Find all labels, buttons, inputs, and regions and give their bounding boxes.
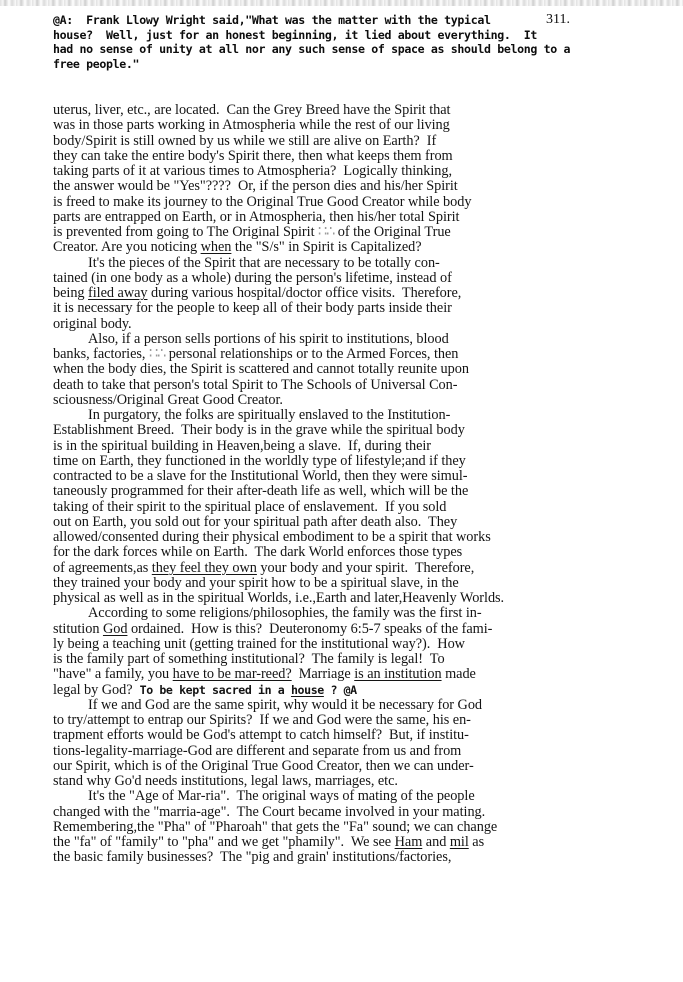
- text-line: In purgatory, the folks are spiritually …: [53, 408, 633, 423]
- text-span: the "fa" of "family" to "pha" and we get…: [53, 834, 395, 850]
- text-line: the basic family businesses? The "pig an…: [53, 850, 633, 865]
- page-number: 311.: [546, 13, 570, 28]
- text-span: as: [469, 834, 484, 850]
- text-line: for the dark forces while on Earth. The …: [53, 545, 633, 560]
- text-line: tions-legality-marriage-God are differen…: [53, 744, 633, 759]
- text-line: physical as well as in the spiritual Wor…: [53, 591, 633, 606]
- text-line: Establishment Breed. Their body is in th…: [53, 423, 633, 438]
- text-line: is freed to make its journey to the Orig…: [53, 195, 633, 210]
- text-span: Creator. Are you noticing: [53, 239, 201, 255]
- paragraph-5: According to some religions/philosophies…: [53, 606, 633, 698]
- text-line: is prevented from going to The Original …: [53, 225, 633, 240]
- text-span: "have" a family, you: [53, 666, 173, 682]
- underlined-text: God: [103, 621, 127, 637]
- text-line: they trained your body and your spirit h…: [53, 576, 633, 591]
- underlined-text: when: [201, 239, 232, 255]
- text-line: taking parts of it at various times to A…: [53, 164, 633, 179]
- text-line: If we and God are the same spirit, why w…: [53, 698, 633, 713]
- text-line: parts are entrapped on Earth, or in Atmo…: [53, 210, 633, 225]
- text-line: the "fa" of "family" to "pha" and we get…: [53, 835, 633, 850]
- text-line: uterus, liver, etc., are located. Can th…: [53, 103, 633, 118]
- text-line: death to take that person's total Spirit…: [53, 378, 633, 393]
- text-line: taneously programmed for their after-dea…: [53, 484, 633, 499]
- text-line: stitution God ordained. How is this? Deu…: [53, 622, 633, 637]
- bold-annotation: To be kept sacred in a: [140, 683, 291, 697]
- text-span: and: [422, 834, 450, 850]
- paragraph-1: uterus, liver, etc., are located. Can th…: [53, 103, 633, 256]
- text-line: Remembering,the "Pha" of "Pharoah" that …: [53, 820, 633, 835]
- text-line: they can take the entire body's Spirit t…: [53, 149, 633, 164]
- text-line: when the body dies, the Spirit is scatte…: [53, 362, 633, 377]
- header-quote: @A: Frank Llowy Wright said,"What was th…: [53, 13, 643, 71]
- underlined-text: have to be mar-reed?: [173, 666, 292, 682]
- text-line: original body.: [53, 317, 633, 332]
- text-line: time on Earth, they functioned in the wo…: [53, 454, 633, 469]
- underlined-text: mil: [450, 834, 469, 850]
- text-line: body/Spirit is still owned by us while w…: [53, 134, 633, 149]
- text-span: your body and your spirit. Therefore,: [257, 560, 474, 576]
- text-line: stand why Go'd needs institutions, legal…: [53, 774, 633, 789]
- text-line: is in the spiritual building in Heaven,b…: [53, 439, 633, 454]
- bold-underlined-annotation: house: [291, 683, 324, 697]
- text-line: to try/attempt to entrap our Spirits? If…: [53, 713, 633, 728]
- text-line: changed with the "marria-age". The Court…: [53, 805, 633, 820]
- text-line: taking of their spirit to the spiritual …: [53, 500, 633, 515]
- text-line: "have" a family, you have to be mar-reed…: [53, 667, 633, 682]
- text-span: of the Original True: [334, 224, 451, 240]
- text-line: allowed/consented during their physical …: [53, 530, 633, 545]
- header-quote-line: @A: Frank Llowy Wright said,"What was th…: [53, 13, 643, 28]
- text-line: our Spirit, which is of the Original Tru…: [53, 759, 633, 774]
- text-span: is prevented from going to The Original …: [53, 224, 318, 240]
- smudge-mark: ∷∴: [318, 225, 334, 240]
- text-span: the "S/s" in Spirit is Capitalized?: [231, 239, 421, 255]
- text-span: during various hospital/doctor office vi…: [148, 285, 462, 301]
- paragraph-4: In purgatory, the folks are spiritually …: [53, 408, 633, 606]
- header-quote-line: house? Well, just for an honest beginnin…: [53, 28, 643, 43]
- header-quote-line: had no sense of unity at all nor any suc…: [53, 42, 643, 57]
- underlined-text: they feel they own: [152, 560, 257, 576]
- paragraph-6: If we and God are the same spirit, why w…: [53, 698, 633, 790]
- text-line: Also, if a person sells portions of his …: [53, 332, 633, 347]
- text-line: sciousness/Original Great Good Creator.: [53, 393, 633, 408]
- paragraph-2: It's the pieces of the Spirit that are n…: [53, 256, 633, 332]
- text-line: was in those parts working in Atmospheri…: [53, 118, 633, 133]
- text-line: According to some religions/philosophies…: [53, 606, 633, 621]
- text-line: It's the pieces of the Spirit that are n…: [53, 256, 633, 271]
- underlined-text: Ham: [395, 834, 423, 850]
- bold-annotation: ? @A: [324, 683, 357, 697]
- text-line: contracted to be a slave for the Institu…: [53, 469, 633, 484]
- underlined-text: is an institution: [354, 666, 441, 682]
- paragraph-7: It's the "Age of Mar-ria". The original …: [53, 789, 633, 865]
- text-line: being filed away during various hospital…: [53, 286, 633, 301]
- text-line: of agreements,as they feel they own your…: [53, 561, 633, 576]
- text-span: of agreements,as: [53, 560, 152, 576]
- underlined-text: filed away: [88, 285, 147, 301]
- smudge-mark: ∷∴: [149, 347, 165, 362]
- text-line: it is necessary for the people to keep a…: [53, 301, 633, 316]
- body-text: uterus, liver, etc., are located. Can th…: [53, 103, 633, 866]
- text-span: stitution: [53, 621, 103, 637]
- paragraph-3: Also, if a person sells portions of his …: [53, 332, 633, 408]
- text-span: made: [442, 666, 476, 682]
- text-line: trapment efforts would be God's attempt …: [53, 728, 633, 743]
- text-span: ordained. How is this? Deuteronomy 6:5-7…: [127, 621, 492, 637]
- text-span: being: [53, 285, 88, 301]
- header-quote-text: @A: Frank Llowy Wright said,"What was th…: [53, 13, 491, 27]
- text-line: legal by God? To be kept sacred in a hou…: [53, 683, 633, 698]
- text-line: the answer would be "Yes"???? Or, if the…: [53, 179, 633, 194]
- scan-noise-edge: [0, 0, 683, 6]
- text-line: is the family part of something institut…: [53, 652, 633, 667]
- header-quote-line: free people.": [53, 57, 643, 72]
- text-line: ly being a teaching unit (getting traine…: [53, 637, 633, 652]
- text-line: banks, factories, ∷∴ personal relationsh…: [53, 347, 633, 362]
- text-line: tained (in one body as a whole) during t…: [53, 271, 633, 286]
- text-span: personal relationships or to the Armed F…: [165, 346, 458, 362]
- text-span: legal by God?: [53, 682, 140, 698]
- text-span: banks, factories,: [53, 346, 149, 362]
- text-line: Creator. Are you noticing when the "S/s"…: [53, 240, 633, 255]
- text-line: It's the "Age of Mar-ria". The original …: [53, 789, 633, 804]
- text-line: out on Earth, you sold out for your spir…: [53, 515, 633, 530]
- text-span: Marriage: [292, 666, 355, 682]
